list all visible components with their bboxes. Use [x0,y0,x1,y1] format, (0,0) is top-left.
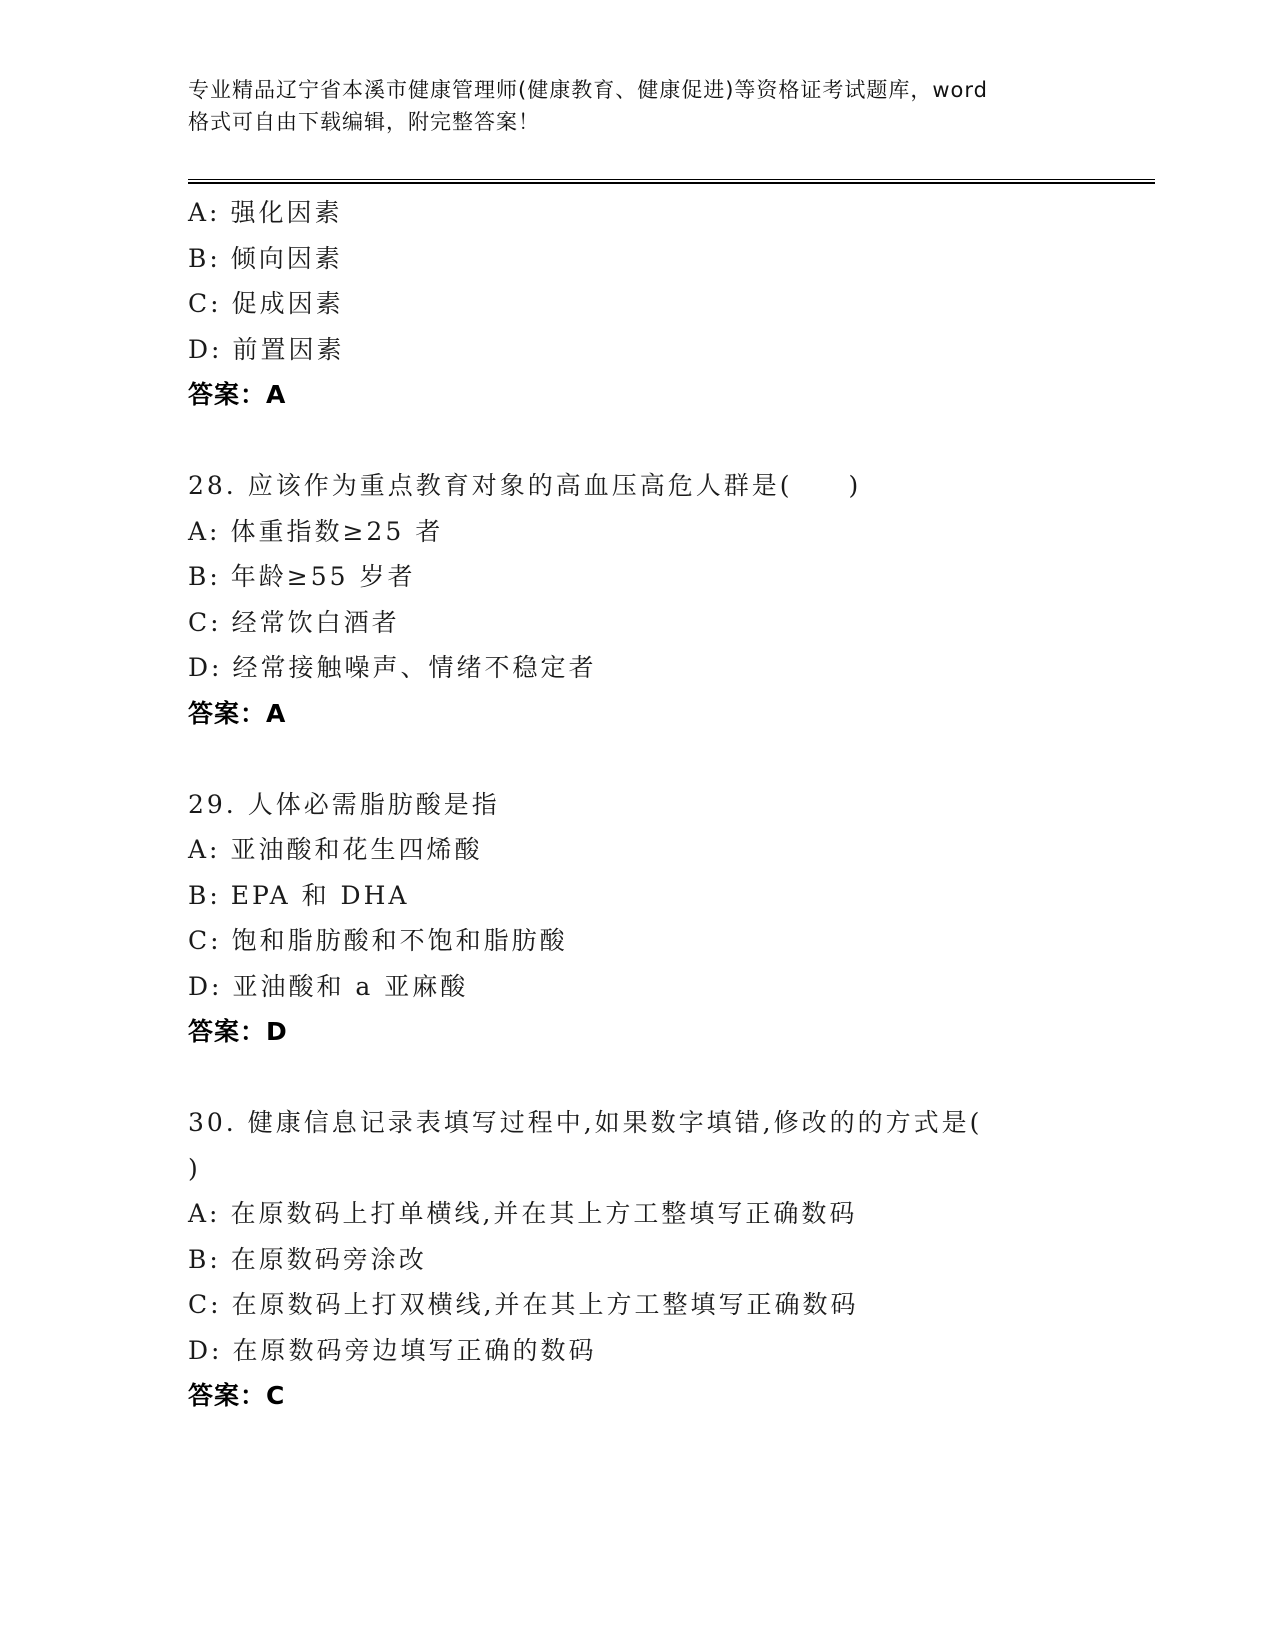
answer: 答案：A [188,691,1148,737]
question-block: A:强化因素 B:倾向因素 C:促成因素 D:前置因素 答案：A [188,190,1148,418]
option-d: D:经常接触噪声、情绪不稳定者 [188,645,1148,691]
option-c: C:饱和脂肪酸和不饱和脂肪酸 [188,918,1148,964]
option-c: C:在原数码上打双横线,并在其上方工整填写正确数码 [188,1282,1148,1328]
question-number: 29. [188,790,237,819]
question-number: 28. [188,471,237,500]
question-block: 29. 人体必需脂肪酸是指 A:亚油酸和花生四烯酸 B:EPA 和 DHA C:… [188,782,1148,1055]
option-d: D:前置因素 [188,327,1148,373]
option-a: A:在原数码上打单横线,并在其上方工整填写正确数码 [188,1191,1148,1237]
header-divider-thick [188,182,1155,184]
option-b: B:在原数码旁涂改 [188,1237,1148,1283]
header-divider-thin [188,179,1155,180]
document-header: 专业精品辽宁省本溪市健康管理师(健康教育、健康促进)等资格证考试题库，word … [188,74,1088,138]
option-c: C:促成因素 [188,281,1148,327]
question-block: 30. 健康信息记录表填写过程中,如果数字填错,修改的的方式是( ) A:在原数… [188,1100,1148,1419]
answer: 答案：D [188,1009,1148,1055]
option-b: B:EPA 和 DHA [188,873,1148,919]
question-stem-continued: ) [188,1146,1148,1192]
option-a: A:亚油酸和花生四烯酸 [188,827,1148,873]
answer: 答案：C [188,1373,1148,1419]
question-number: 30. [188,1108,237,1137]
option-a: A:体重指数≥25 者 [188,509,1148,555]
option-a: A:强化因素 [188,190,1148,236]
option-d: D:亚油酸和 a 亚麻酸 [188,964,1148,1010]
option-c: C:经常饮白酒者 [188,600,1148,646]
spacer [188,736,1148,782]
option-b: B:倾向因素 [188,236,1148,282]
spacer [188,1055,1148,1101]
question-stem: 29. 人体必需脂肪酸是指 [188,782,1148,828]
option-b: B:年龄≥55 岁者 [188,554,1148,600]
option-d: D:在原数码旁边填写正确的数码 [188,1328,1148,1374]
header-line-1: 专业精品辽宁省本溪市健康管理师(健康教育、健康促进)等资格证考试题库，word [188,74,1088,106]
question-block: 28. 应该作为重点教育对象的高血压高危人群是( ) A:体重指数≥25 者 B… [188,463,1148,736]
header-line-2: 格式可自由下载编辑，附完整答案！ [188,106,1088,138]
answer: 答案：A [188,372,1148,418]
spacer [188,418,1148,464]
question-stem: 30. 健康信息记录表填写过程中,如果数字填错,修改的的方式是( [188,1100,1148,1146]
question-list: A:强化因素 B:倾向因素 C:促成因素 D:前置因素 答案：A 28. 应该作… [188,190,1148,1419]
question-stem: 28. 应该作为重点教育对象的高血压高危人群是( ) [188,463,1148,509]
